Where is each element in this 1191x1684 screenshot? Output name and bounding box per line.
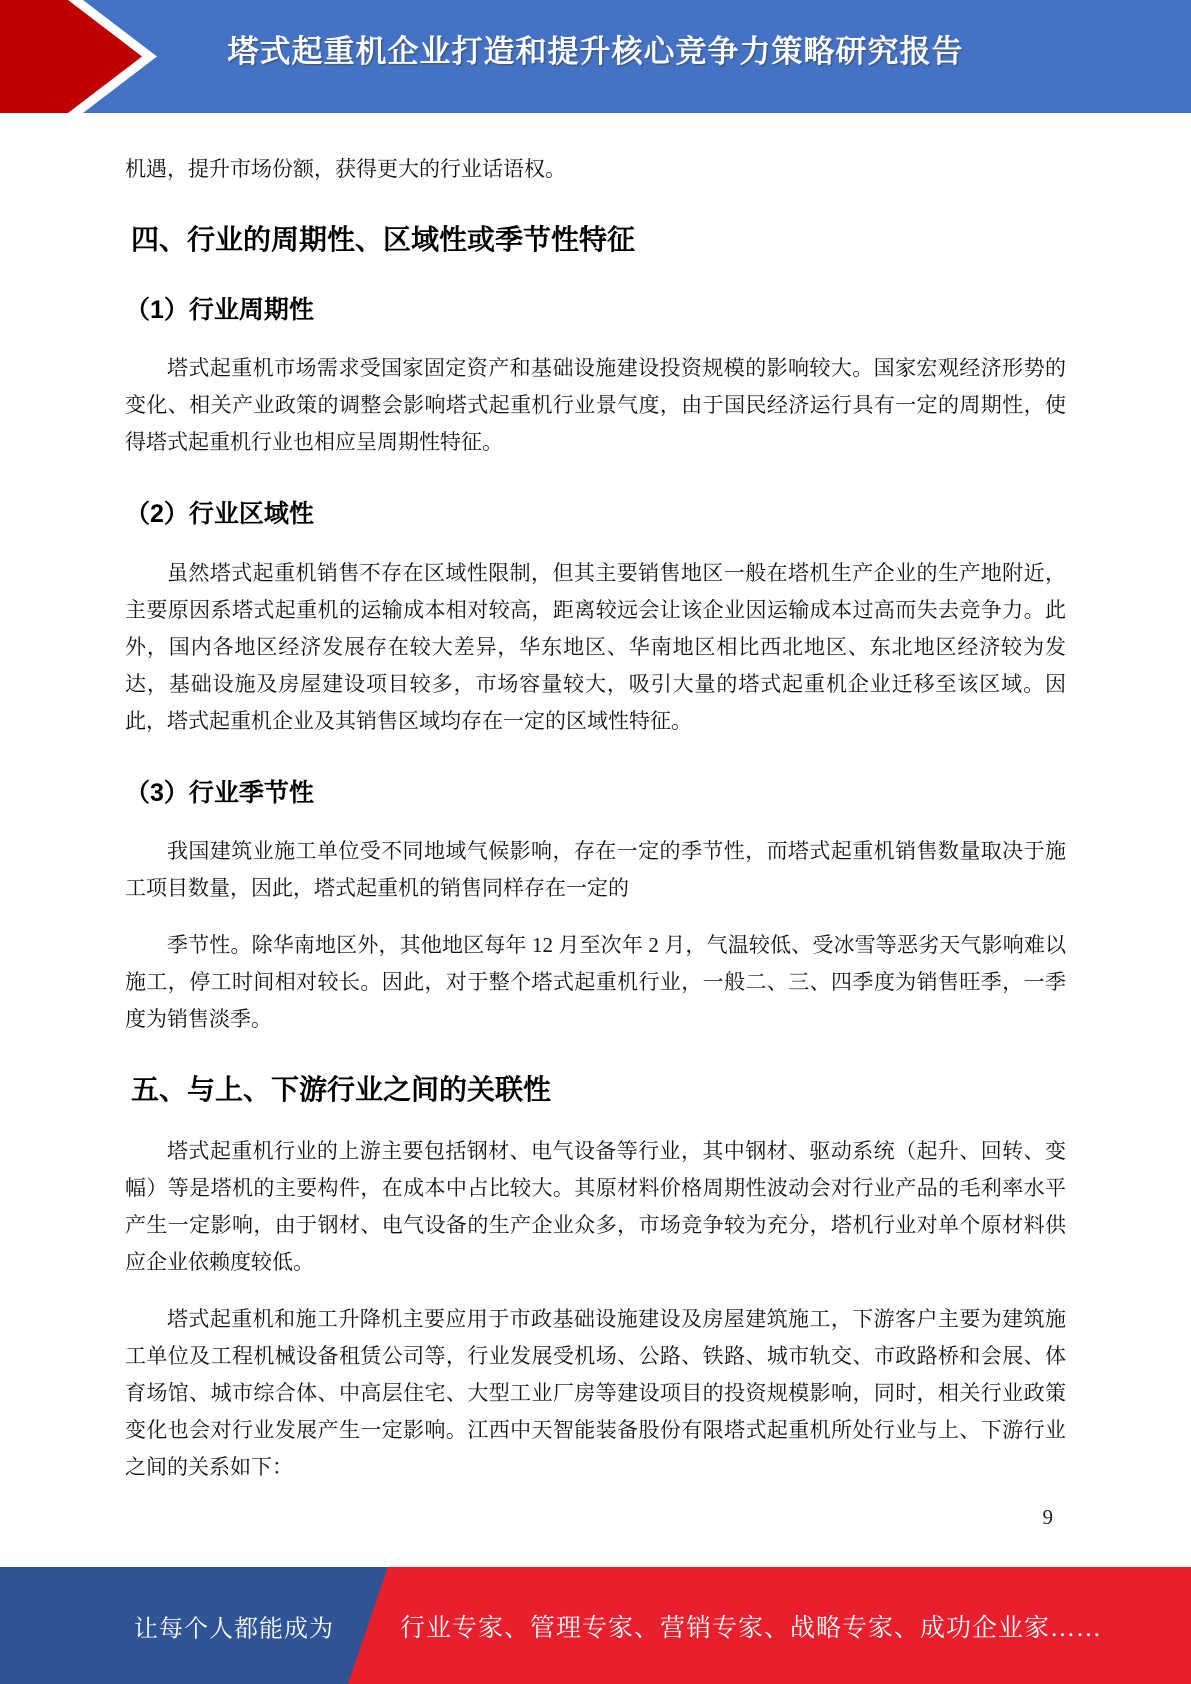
- section-heading-5: 五、与上、下游行业之间的关联性: [125, 1072, 1066, 1107]
- paragraph-seasonality-1: 我国建筑业施工单位受不同地域气候影响，存在一定的季节性，而塔式起重机销售数量取决…: [125, 833, 1066, 907]
- page-number: 9: [1043, 1505, 1054, 1530]
- report-title: 塔式起重机企业打造和提升核心竞争力策略研究报告: [0, 0, 1191, 96]
- header-bar: 塔式起重机企业打造和提升核心竞争力策略研究报告: [0, 0, 1191, 113]
- footer-band: 让每个人都能成为 行业专家、管理专家、营销专家、战略专家、成功企业家……: [0, 1567, 1191, 1684]
- document-page: 塔式起重机企业打造和提升核心竞争力策略研究报告 机遇，提升市场份额，获得更大的行…: [0, 0, 1191, 1684]
- paragraph-downstream: 塔式起重机和施工升降机主要应用于市政基础设施建设及房屋建筑施工，下游客户主要为建…: [125, 1301, 1066, 1486]
- subsection-heading-4-2: （2）行业区域性: [125, 499, 1066, 530]
- subsection-heading-4-1: （1）行业周期性: [125, 295, 1066, 326]
- footer-slogan-left: 让每个人都能成为: [0, 1608, 348, 1643]
- intro-paragraph: 机遇，提升市场份额，获得更大的行业话语权。: [125, 151, 1066, 188]
- document-body: 机遇，提升市场份额，获得更大的行业话语权。 四、行业的周期性、区域性或季节性特征…: [0, 113, 1191, 1506]
- paragraph-cyclicality: 塔式起重机市场需求受国家固定资产和基础设施建设投资规模的影响较大。国家宏观经济形…: [125, 350, 1066, 461]
- footer-slogan-right: 行业专家、管理专家、营销专家、战略专家、成功企业家……: [400, 1608, 1102, 1644]
- section-heading-4: 四、行业的周期性、区域性或季节性特征: [125, 222, 1066, 257]
- paragraph-regionality: 虽然塔式起重机销售不存在区域性限制，但其主要销售地区一般在塔机生产企业的生产地附…: [125, 555, 1066, 740]
- paragraph-upstream: 塔式起重机行业的上游主要包括钢材、电气设备等行业，其中钢材、驱动系统（起升、回转…: [125, 1133, 1066, 1281]
- paragraph-seasonality-2: 季节性。除华南地区外，其他地区每年 12 月至次年 2 月，气温较低、受冰雪等恶…: [125, 927, 1066, 1038]
- subsection-heading-4-3: （3）行业季节性: [125, 778, 1066, 809]
